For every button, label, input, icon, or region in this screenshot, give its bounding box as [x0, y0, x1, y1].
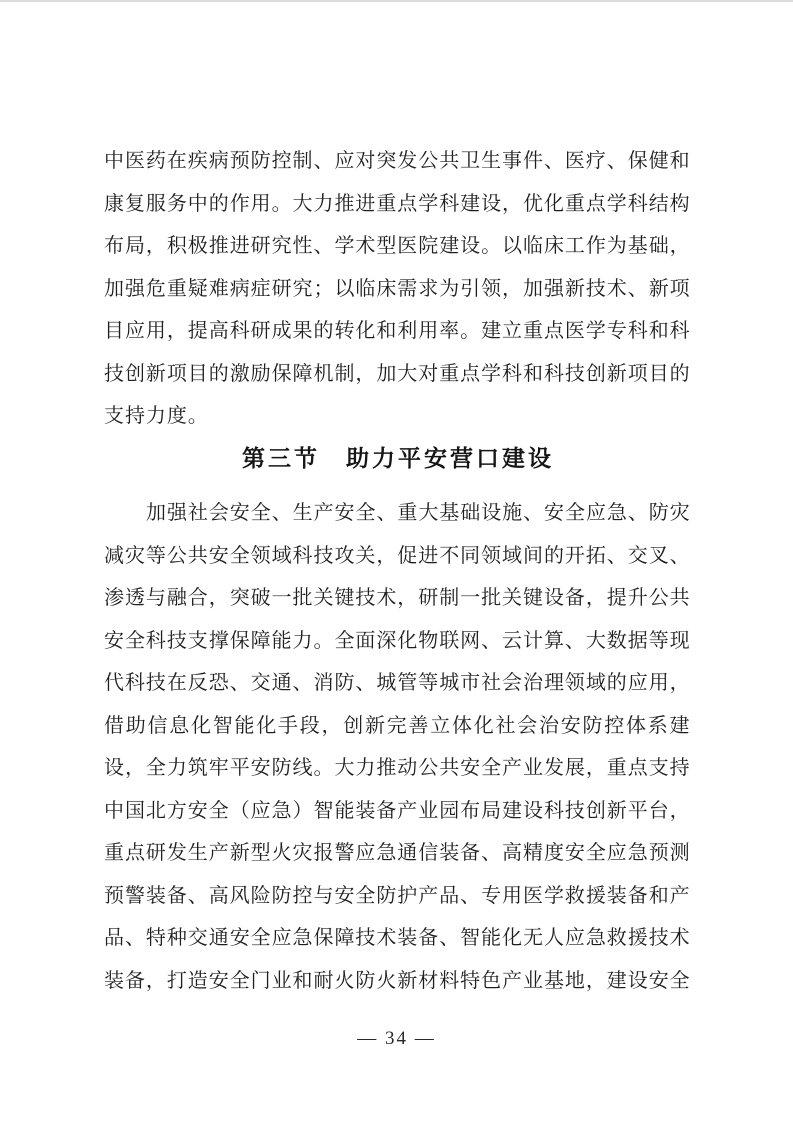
paragraph-continued: 中医药在疾病预防控制、应对突发公共卫生事件、医疗、保健和 康复服务中的作用。大力… [104, 140, 692, 438]
page-number: — 34 — [0, 1028, 793, 1050]
paragraph-2: 加强社会安全、生产安全、重大基础设施、安全应急、防灾 减灾等公共安全领域科技攻关… [104, 492, 692, 1002]
body-text-line: 渗透与融合，突破一批关键技术，研制一批关键设备，提升公共 [104, 577, 692, 620]
body-text-line: 重点研发生产新型火灾报警应急通信装备、高精度安全应急预测 [104, 832, 692, 875]
section-heading: 第三节 助力平安营口建设 [104, 438, 692, 481]
body-text-line: 借助信息化智能化手段，创新完善立体化社会治安防控体系建 [104, 705, 692, 748]
document-page: 中医药在疾病预防控制、应对突发公共卫生事件、医疗、保健和 康复服务中的作用。大力… [0, 0, 793, 1122]
text-block: 中医药在疾病预防控制、应对突发公共卫生事件、医疗、保健和 康复服务中的作用。大力… [104, 140, 692, 1002]
body-text-line: 代科技在反恐、交通、消防、城管等城市社会治理领域的应用， [104, 662, 692, 705]
body-text-line: 装备，打造安全门业和耐火防火新材料特色产业基地，建设安全 [104, 960, 692, 1003]
body-text-line: 康复服务中的作用。大力推进重点学科建设，优化重点学科结构 [104, 183, 692, 226]
body-text-line: 中国北方安全（应急）智能装备产业园布局建设科技创新平台， [104, 790, 692, 833]
body-text-line: 减灾等公共安全领域科技攻关，促进不同领域间的开拓、交叉、 [104, 535, 692, 578]
body-text-line: 加强危重疑难病症研究；以临床需求为引领，加强新技术、新项 [104, 268, 692, 311]
body-text-line: 设，全力筑牢平安防线。大力推动公共安全产业发展，重点支持 [104, 747, 692, 790]
body-text-line: 目应用，提高科研成果的转化和利用率。建立重点医学专科和科 [104, 310, 692, 353]
scan-edge-artifact [0, 0, 793, 2]
body-text-line: 品、特种交通安全应急保障技术装备、智能化无人应急救援技术 [104, 917, 692, 960]
body-text-line: 加强社会安全、生产安全、重大基础设施、安全应急、防灾 [104, 492, 692, 535]
body-text-line: 预警装备、高风险防控与安全防护产品、专用医学救援装备和产 [104, 875, 692, 918]
body-text-line: 中医药在疾病预防控制、应对突发公共卫生事件、医疗、保健和 [104, 140, 692, 183]
body-text-line: 支持力度。 [104, 395, 692, 438]
body-text-line: 技创新项目的激励保障机制，加大对重点学科和科技创新项目的 [104, 353, 692, 396]
body-text-line: 安全科技支撑保障能力。全面深化物联网、云计算、大数据等现 [104, 620, 692, 663]
body-text-line: 布局，积极推进研究性、学术型医院建设。以临床工作为基础， [104, 225, 692, 268]
